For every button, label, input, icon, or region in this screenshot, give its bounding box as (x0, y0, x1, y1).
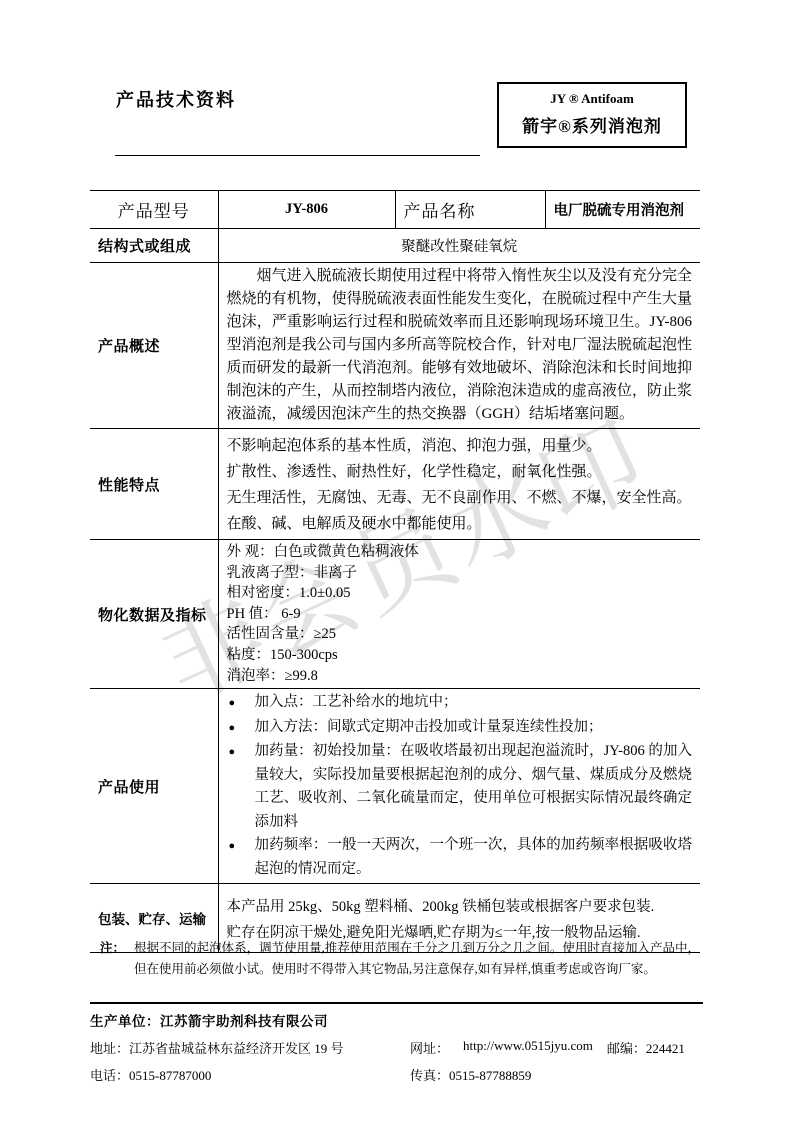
footer-row: 地址：江苏省盐城益林东益经济开发区 19 号 网址： http://www.05… (90, 1038, 703, 1057)
usage-cell: ● 加入点：工艺补给水的地坑中； ● 加入方法：间歇式定期冲击投加或计量泵连续性… (218, 689, 700, 884)
model-label: 产品型号 (90, 191, 218, 229)
table-row: 产品概述 烟气进入脱硫液长期使用过程中将带入惰性灰尘以及没有充分完全燃烧的有机物… (90, 263, 700, 429)
name-label: 产品名称 (395, 191, 545, 229)
usage-item-text: 加入点：工艺补给水的地坑中； (255, 691, 693, 716)
bullet-icon: ● (227, 740, 255, 834)
table-row: 物化数据及指标 外 观：白色或微黄色粘稠液体 乳液离子型：非离子 相对密度：1.… (90, 540, 700, 689)
overview-label: 产品概述 (90, 263, 218, 429)
table-row: 性能特点 不影响起泡体系的基本性质，消泡、抑泡力强，用量少。 扩散性、渗透性、耐… (90, 429, 700, 540)
model-value: JY-806 (218, 191, 395, 229)
website-label: 网址： (410, 1038, 449, 1057)
list-item: ● 加入点：工艺补给水的地坑中； (227, 691, 693, 716)
usage-item-text: 加入方法：间歇式定期冲击投加或计量泵连续性投加； (255, 716, 693, 741)
bullet-icon: ● (227, 691, 255, 716)
physical-cell: 外 观：白色或微黄色粘稠液体 乳液离子型：非离子 相对密度：1.0±0.05 P… (218, 540, 700, 689)
list-item: ● 加入方法：间歇式定期冲击投加或计量泵连续性投加； (227, 716, 693, 741)
composition-value: 聚醚改性聚硅氧烷 (218, 229, 700, 263)
note-text: 根据不同的起泡体系，调节使用量,推荐使用范围在千分之几到万分之几之间。使用时直接… (134, 938, 700, 980)
producer-line: 生产单位：江苏箭宇助剂科技有限公司 (90, 1010, 703, 1030)
usage-list: ● 加入点：工艺补给水的地坑中； ● 加入方法：间歇式定期冲击投加或计量泵连续性… (227, 691, 693, 881)
name-value: 电厂脱硫专用消泡剂 (545, 191, 700, 229)
list-item: ● 加药量：初始投加量：在吸收塔最初出现起泡溢流时，JY-806 的加入量较大，… (227, 740, 693, 834)
brand-box: JY ® Antifoam 箭宇®系列消泡剂 (497, 82, 687, 148)
physical-text: 外 观：白色或微黄色粘稠液体 乳液离子型：非离子 相对密度：1.0±0.05 P… (227, 542, 693, 686)
overview-text: 烟气进入脱硫液长期使用过程中将带入惰性灰尘以及没有充分完全燃烧的有机物，使得脱硫… (227, 265, 693, 426)
table-row: 产品使用 ● 加入点：工艺补给水的地坑中； ● 加入方法：间歇式定期冲击投加或计… (90, 689, 700, 884)
features-text: 不影响起泡体系的基本性质，消泡、抑泡力强，用量少。 扩散性、渗透性、耐热性好，化… (227, 431, 693, 537)
spacer (593, 1038, 607, 1057)
address-line: 地址：江苏省盐城益林东益经济开发区 19 号 (90, 1038, 410, 1057)
table-row: 产品型号 JY-806 产品名称 电厂脱硫专用消泡剂 (90, 191, 700, 229)
title-underline (115, 155, 480, 156)
table-row: 结构式或组成 聚醚改性聚硅氧烷 (90, 229, 700, 263)
note-label: 注： (100, 938, 134, 980)
usage-item-text: 加药量：初始投加量：在吸收塔最初出现起泡溢流时，JY-806 的加入量较大，实际… (255, 740, 693, 834)
spacer (449, 1038, 463, 1057)
website-line: 网址： http://www.0515jyu.com 邮编：224421 (410, 1038, 703, 1057)
list-item: ● 加药频率：一般一天两次，一个班一次，具体的加药频率根据吸收塔起泡的情况而定。 (227, 834, 693, 881)
physical-label: 物化数据及指标 (90, 540, 218, 689)
note-block: 注： 根据不同的起泡体系，调节使用量,推荐使用范围在千分之几到万分之几之间。使用… (100, 938, 700, 980)
features-cell: 不影响起泡体系的基本性质，消泡、抑泡力强，用量少。 扩散性、渗透性、耐热性好，化… (218, 429, 700, 540)
postcode: 邮编：224421 (607, 1038, 685, 1057)
bullet-icon: ● (227, 834, 255, 881)
composition-label: 结构式或组成 (90, 229, 218, 263)
overview-cell: 烟气进入脱硫液长期使用过程中将带入惰性灰尘以及没有充分完全燃烧的有机物，使得脱硫… (218, 263, 700, 429)
document-page: 非会员水印 产品技术资料 JY ® Antifoam 箭宇®系列消泡剂 产品型号… (0, 0, 793, 1122)
brand-series-name: 箭宇®系列消泡剂 (499, 112, 685, 137)
phone-line: 电话：0515-87787000 (90, 1065, 410, 1084)
features-label: 性能特点 (90, 429, 218, 540)
page-title: 产品技术资料 (116, 86, 236, 112)
usage-item-text: 加药频率：一般一天两次，一个班一次，具体的加药频率根据吸收塔起泡的情况而定。 (255, 834, 693, 881)
bullet-icon: ● (227, 716, 255, 741)
footer: 生产单位：江苏箭宇助剂科技有限公司 地址：江苏省盐城益林东益经济开发区 19 号… (90, 1002, 703, 1084)
website-url: http://www.0515jyu.com (463, 1038, 593, 1057)
usage-label: 产品使用 (90, 689, 218, 884)
footer-row: 电话：0515-87787000 传真：0515-87788859 (90, 1065, 703, 1084)
fax-line: 传真：0515-87788859 (410, 1065, 703, 1084)
spec-table: 产品型号 JY-806 产品名称 电厂脱硫专用消泡剂 结构式或组成 聚醚改性聚硅… (90, 190, 700, 953)
brand-latin-name: JY ® Antifoam (499, 91, 685, 107)
